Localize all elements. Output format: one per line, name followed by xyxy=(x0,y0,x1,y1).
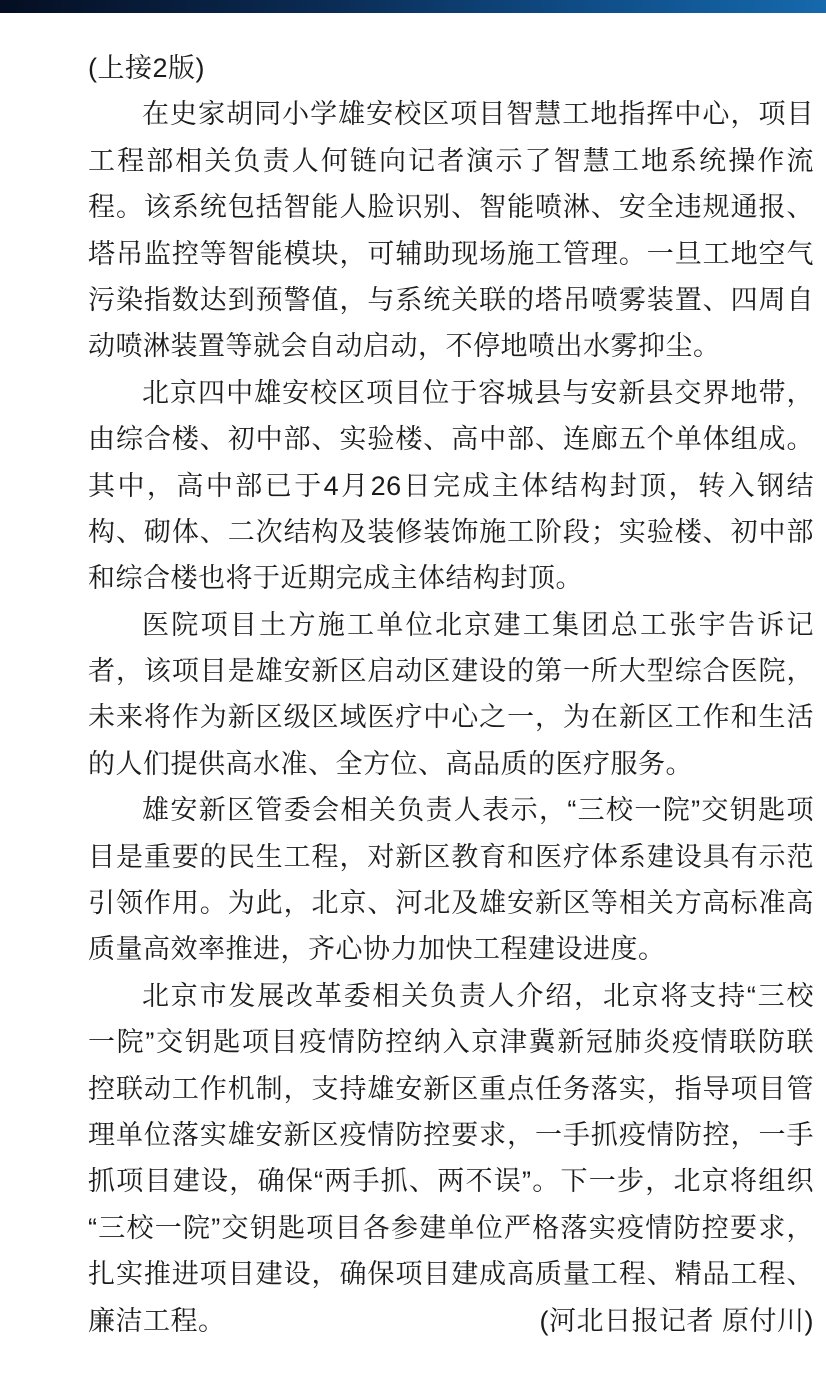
article-line: 目是重要的民生工程，对新区教育和医疗体系建设具有示范 xyxy=(88,834,814,880)
article-line: 由综合楼、初中部、实验楼、高中部、连廊五个单体组成。 xyxy=(88,416,814,462)
article-line: 动喷淋装置等就会自动启动，不停地喷出水雾抑尘。 xyxy=(88,323,814,369)
article-line: 污染指数达到预警值，与系统关联的塔吊喷雾装置、四周自 xyxy=(88,277,814,323)
article-line: 抓项目建设，确保“两手抓、两不误”。下一步，北京将组织 xyxy=(88,1158,814,1204)
article-line: 程。该系统包括智能人脸识别、智能喷淋、安全违规通报、 xyxy=(88,184,814,230)
article-line: 质量高效率推进，齐心协力加快工程建设进度。 xyxy=(88,926,814,972)
article-line: 雄安新区管委会相关负责人表示，“三校一院”交钥匙项 xyxy=(88,787,814,833)
article-line: 构、砌体、二次结构及装修装饰施工阶段；实验楼、初中部 xyxy=(88,509,814,555)
reporter-byline: (河北日报记者 原付川) xyxy=(540,1298,814,1344)
article-line: 理单位落实雄安新区疫情防控要求，一手抓疫情防控，一手 xyxy=(88,1112,814,1158)
article-line: 控联动工作机制，支持雄安新区重点任务落实，指导项目管 xyxy=(88,1066,814,1112)
article-line: 和综合楼也将于近期完成主体结构封顶。 xyxy=(88,555,814,601)
article-line: 引领作用。为此，北京、河北及雄安新区等相关方高标准高 xyxy=(88,880,814,926)
article-line: 塔吊监控等智能模块，可辅助现场施工管理。一旦工地空气 xyxy=(88,231,814,277)
signature-line: 廉洁工程。(河北日报记者 原付川) xyxy=(88,1298,814,1344)
article-line: 北京市发展改革委相关负责人介绍，北京将支持“三校 xyxy=(88,973,814,1019)
article-line: 工程部相关负责人何链向记者演示了智慧工地系统操作流 xyxy=(88,138,814,184)
article-line: 的人们提供高水准、全方位、高品质的医疗服务。 xyxy=(88,741,814,787)
paragraph-end-text: 廉洁工程。 xyxy=(88,1298,226,1344)
top-banner xyxy=(0,0,826,13)
article-line: 其中，高中部已于4月26日完成主体结构封顶，转入钢结 xyxy=(88,463,814,509)
article-line: 扎实推进项目建设，确保项目建成高质量工程、精品工程、 xyxy=(88,1251,814,1297)
article-line: 一院”交钥匙项目疫情防控纳入京津冀新冠肺炎疫情联防联 xyxy=(88,1019,814,1065)
article-line: 在史家胡同小学雄安校区项目智慧工地指挥中心，项目 xyxy=(88,91,814,137)
article-line: 北京四中雄安校区项目位于容城县与安新县交界地带， xyxy=(88,370,814,416)
article-line: 未来将作为新区级区域医疗中心之一，为在新区工作和生活 xyxy=(88,694,814,740)
continuation-note: (上接2版) xyxy=(88,45,814,91)
article-line: 者，该项目是雄安新区启动区建设的第一所大型综合医院， xyxy=(88,648,814,694)
article-body: (上接2版)在史家胡同小学雄安校区项目智慧工地指挥中心，项目工程部相关负责人何链… xyxy=(88,45,814,1344)
article-line: “三校一院”交钥匙项目各参建单位严格落实疫情防控要求， xyxy=(88,1205,814,1251)
article-line: 医院项目土方施工单位北京建工集团总工张宇告诉记 xyxy=(88,602,814,648)
